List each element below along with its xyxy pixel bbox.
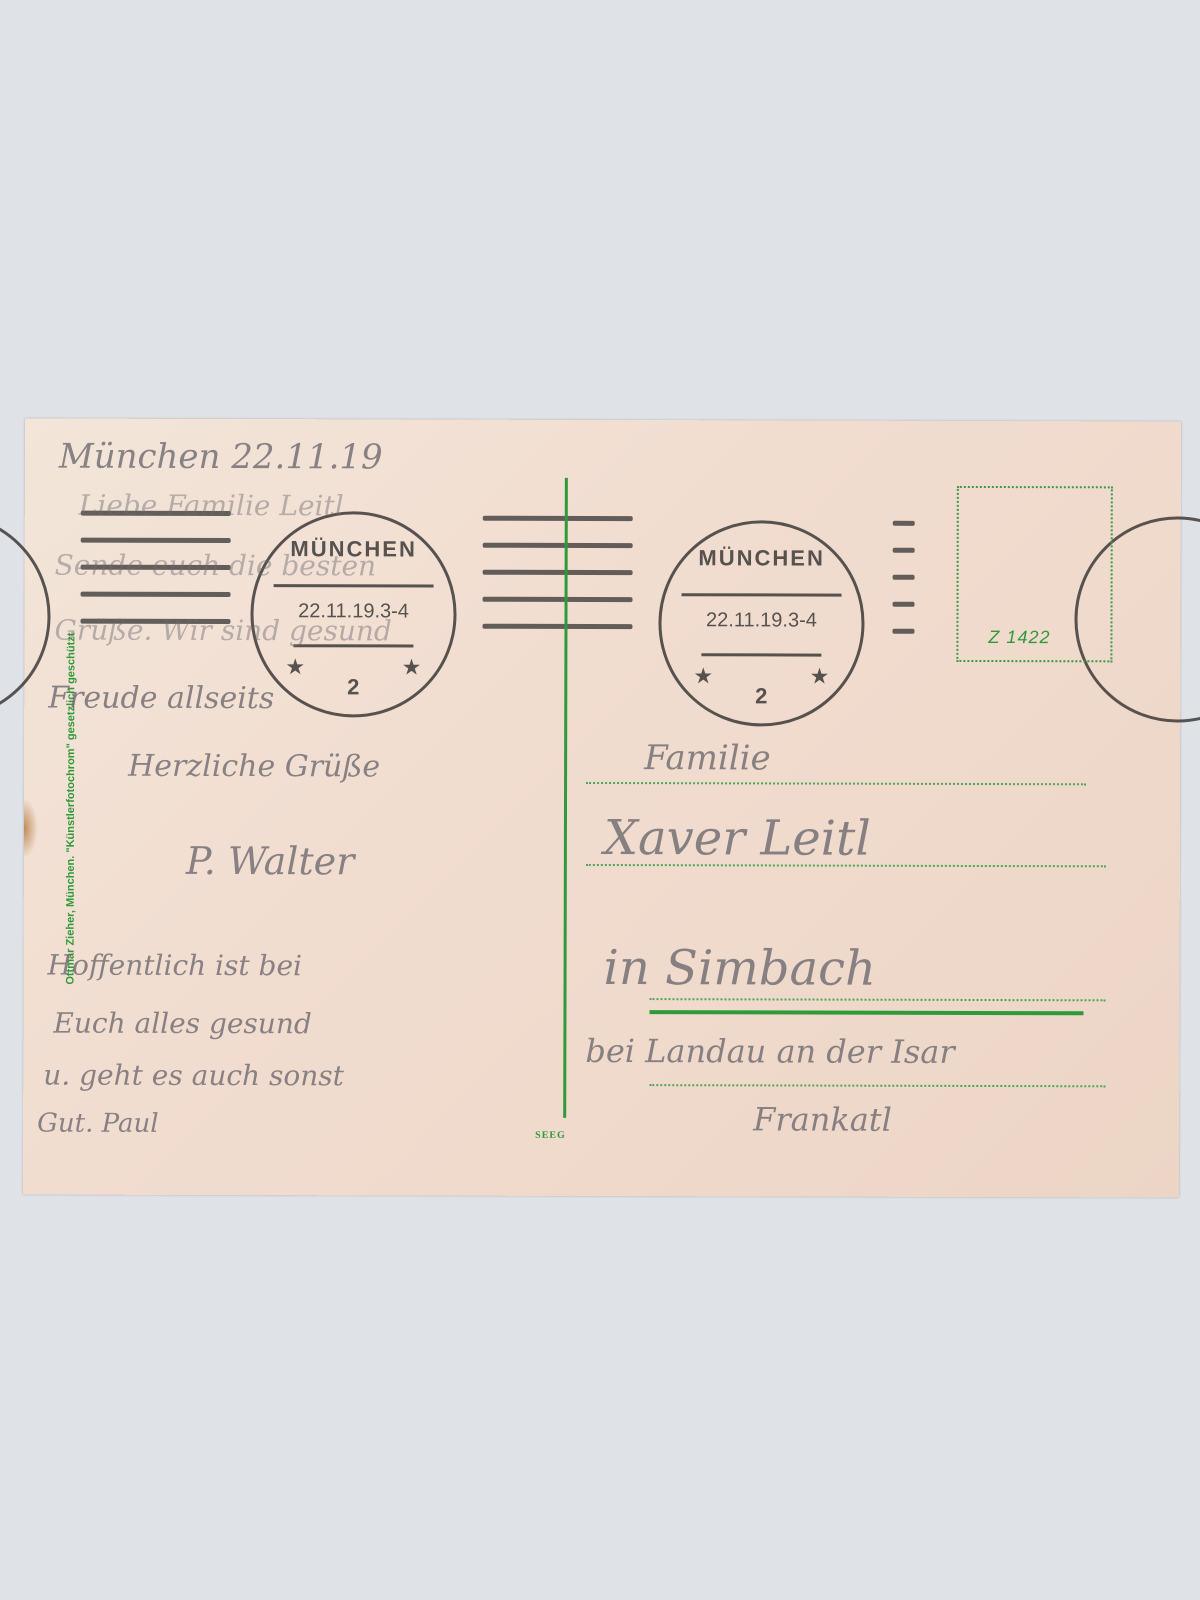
stamp-box: Z 1422 — [956, 486, 1112, 662]
postcard-back: Ottmar Zieher, München. "Künstlerfotochr… — [23, 418, 1181, 1197]
address-line — [649, 1084, 1105, 1087]
cancel-bars-middle — [482, 516, 632, 651]
center-divider — [563, 478, 568, 1118]
address-line — [586, 782, 1086, 785]
edge-stain — [24, 798, 38, 858]
cancel-bars-right — [892, 521, 914, 656]
address-line-emphasis — [649, 1010, 1083, 1015]
divider-label: SEEG — [535, 1130, 566, 1141]
handwritten-date: München 22.11.19 — [59, 437, 383, 478]
address-line — [649, 998, 1105, 1001]
postmark-partial-left — [0, 513, 51, 720]
signature: P. Walter — [186, 839, 355, 883]
postmark-right: MÜNCHEN 22.11.19.3-4 ★ ★ 2 — [658, 520, 865, 727]
recipient-name: Xaver Leitl — [604, 810, 871, 867]
